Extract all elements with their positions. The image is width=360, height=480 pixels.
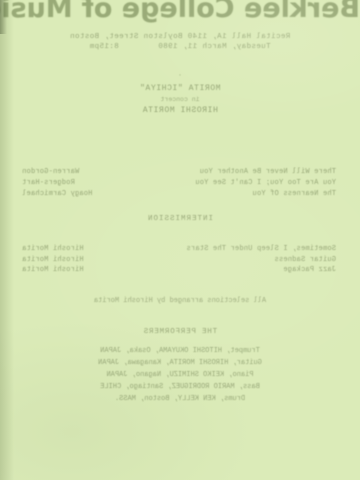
venue-address-line: Recital Hall 1A, 1140 Boylston Street, B… bbox=[0, 33, 360, 41]
song-credit: Hiroshi Morita bbox=[22, 245, 84, 253]
song-credit: Warren-Gordon bbox=[22, 168, 79, 176]
arranged-by-note: All selections arranged by Hiroshi Morit… bbox=[0, 297, 360, 305]
song-title: Sometimes, I Sleep Under The Stars bbox=[186, 245, 336, 253]
recital-performer-name: HIROSHI MORITA bbox=[0, 106, 360, 115]
program-row: You Are Too You; I Can't See You Rodgers… bbox=[22, 178, 336, 187]
program-row: There Will Never Be Another You Warren-G… bbox=[22, 167, 336, 176]
dotted-leader bbox=[89, 244, 182, 250]
song-title: Guitar Sadness bbox=[274, 256, 336, 264]
song-title: There Will Never Be Another You bbox=[200, 168, 336, 176]
song-credit: Hiroshi Morita bbox=[22, 256, 84, 264]
performers-heading: THE PERFORMERS bbox=[0, 328, 360, 336]
dotted-leader bbox=[89, 255, 270, 261]
program-row: The Nearness Of You Hoagy Carmichael bbox=[22, 189, 336, 198]
program-row: Jazz Package Hiroshi Morita bbox=[22, 265, 336, 274]
college-logotype: Berklee College of Music bbox=[0, 0, 360, 24]
performer-line: Piano, KEIKO SHIMIZU, Nagano, JAPAN bbox=[0, 371, 360, 379]
dotted-leader bbox=[80, 178, 190, 184]
performer-line: Bass, MARIO RODRIGUEZ, Santiago, CHILE bbox=[0, 383, 360, 391]
song-title: You Are Too You; I Can't See You bbox=[195, 179, 336, 187]
song-title: The Nearness Of You bbox=[252, 190, 336, 198]
performer-line: Guitar, HIROSHI MORITA, Kanagawa, JAPAN bbox=[0, 359, 360, 367]
dotted-leader bbox=[97, 189, 247, 195]
corner-shadow bbox=[0, 0, 7, 34]
performer-line: Trumpet, HITOSHI OKUYAMA, Osaka, JAPAN bbox=[0, 347, 360, 355]
recital-subtitle: in concert bbox=[0, 96, 360, 103]
song-credit: Rodgers-Hart bbox=[22, 179, 75, 187]
recital-title: MORITA "ICHIYA" bbox=[0, 84, 360, 93]
song-credit: Hiroshi Morita bbox=[22, 266, 84, 274]
show-through-layer: Berklee College of Music Recital Hall 1A… bbox=[0, 0, 360, 480]
date-time-line: Tuesday, March 11, 1980 8:15pm bbox=[0, 43, 360, 51]
scanned-program-page: Berklee College of Music Recital Hall 1A… bbox=[0, 0, 360, 480]
title-mark: · bbox=[0, 72, 360, 80]
song-credit: Hoagy Carmichael bbox=[22, 190, 92, 198]
dotted-leader bbox=[84, 167, 194, 173]
performer-line: Drums, KEN KELLY, Boston, MASS. bbox=[0, 395, 360, 403]
dotted-leader bbox=[89, 265, 279, 271]
program-row: Guitar Sadness Hiroshi Morita bbox=[22, 255, 336, 264]
song-title: Jazz Package bbox=[283, 266, 336, 274]
intermission-heading: INTERMISSION bbox=[0, 215, 360, 223]
program-row: Sometimes, I Sleep Under The Stars Hiros… bbox=[22, 244, 336, 253]
